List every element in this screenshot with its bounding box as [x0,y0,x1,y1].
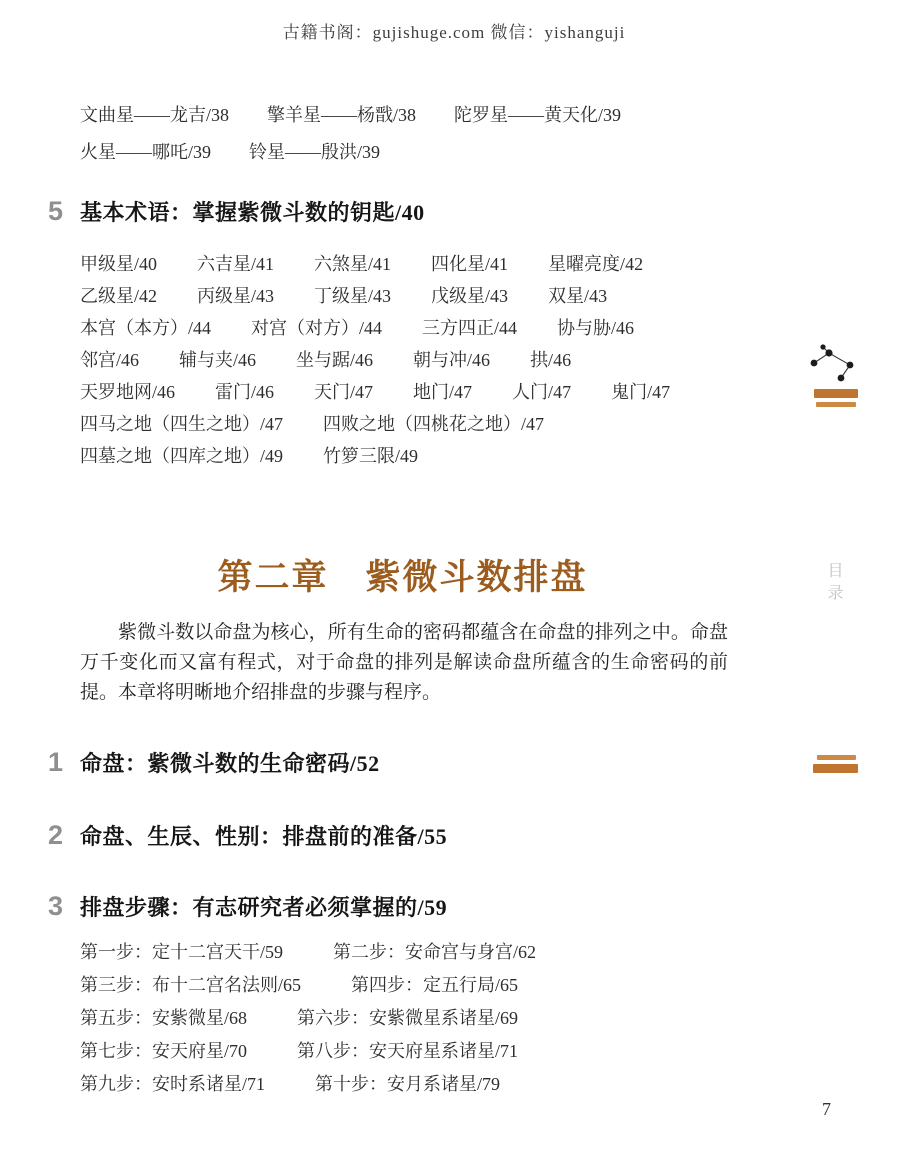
toc-entry: 甲级星/40 [80,250,157,276]
toc-line: 甲级星/40六吉星/41六煞星/41四化星/41星曜亮度/42 [80,250,770,282]
toc-entry: 雷门/46 [215,378,274,404]
toc-entry: 第四步：定五行局/65 [351,971,518,997]
section-title: 排盘步骤：有志研究者必须掌握的/59 [80,891,447,922]
toc-line: 乙级星/42丙级星/43丁级星/43戊级星/43双星/43 [80,282,770,314]
section-number: 5 [48,196,80,227]
toc-entry: 双星/43 [548,282,607,308]
bar-thin [817,755,856,760]
toc-entry: 丙级星/43 [197,282,274,308]
toc-line: 第五步：安紫微星/68第六步：安紫微星系诸星/69 [80,1004,740,1037]
star-alias-list: 文曲星——龙吉/38擎羊星——杨戬/38陀罗星——黄天化/39火星——哪吒/39… [80,101,760,175]
toc-line: 第一步：定十二宫天干/59第二步：安命宫与身宫/62 [80,938,740,971]
bar-thin [816,402,856,407]
toc-line: 邻宫/46辅与夹/46坐与踞/46朝与冲/46拱/46 [80,346,770,378]
toc-entry: 第六步：安紫微星系诸星/69 [297,1004,518,1030]
toc-entry: 天罗地网/46 [80,378,175,404]
toc-line: 第三步：布十二宫名法则/65第四步：定五行局/65 [80,971,740,1004]
toc-entry: 第一步：定十二宫天干/59 [80,938,283,964]
toc-entry: 火星——哪吒/39 [80,138,211,164]
toc-line: 第九步：安时系诸星/71第十步：安月系诸星/79 [80,1070,740,1103]
margin-bars-top [814,389,858,407]
toc-line: 火星——哪吒/39铃星——殷洪/39 [80,138,760,175]
section-heading-3: 3 排盘步骤：有志研究者必须掌握的/59 [48,891,447,922]
toc-entry: 四墓之地（四库之地）/49 [80,442,283,468]
section-heading-5: 5 基本术语：掌握紫微斗数的钥匙/40 [48,196,425,227]
toc-entry: 第七步：安天府星/70 [80,1037,247,1063]
toc-entry: 辅与夹/46 [179,346,256,372]
toc-entry: 邻宫/46 [80,346,139,372]
toc-entry: 六吉星/41 [197,250,274,276]
toc-entry: 陀罗星——黄天化/39 [454,101,621,127]
toc-entry: 朝与冲/46 [413,346,490,372]
toc-line: 第七步：安天府星/70第八步：安天府星系诸星/71 [80,1037,740,1070]
toc-entry: 乙级星/42 [80,282,157,308]
page-number: 7 [822,1099,831,1120]
toc-line: 天罗地网/46雷门/46天门/47地门/47人门/47鬼门/47 [80,378,770,410]
toc-line: 四马之地（四生之地）/47四败之地（四桃花之地）/47 [80,410,770,442]
toc-entry: 第三步：布十二宫名法则/65 [80,971,301,997]
section-heading-2: 2 命盘、生辰、性别：排盘前的准备/55 [48,820,447,851]
section-title: 命盘、生辰、性别：排盘前的准备/55 [80,820,447,851]
terms-list: 甲级星/40六吉星/41六煞星/41四化星/41星曜亮度/42乙级星/42丙级星… [80,250,770,474]
toc-entry: 对宫（对方）/44 [251,314,382,340]
chapter-title: 第二章 紫微斗数排盘 [80,550,725,600]
margin-tab-label: 目录 [822,562,845,606]
toc-entry: 星曜亮度/42 [548,250,643,276]
chapter-intro-paragraph: 紫微斗数以命盘为核心，所有生命的密码都蕴含在命盘的排列之中。命盘万千变化而又富有… [80,618,728,708]
margin-bars-mid [813,755,858,773]
toc-entry: 铃星——殷洪/39 [249,138,380,164]
section-title: 命盘：紫微斗数的生命密码/52 [80,747,380,778]
toc-entry: 第九步：安时系诸星/71 [80,1070,265,1096]
toc-entry: 四化星/41 [431,250,508,276]
bar-thick [813,764,858,773]
toc-entry: 戊级星/43 [431,282,508,308]
toc-entry: 坐与踞/46 [296,346,373,372]
section-number: 2 [48,820,80,851]
toc-line: 四墓之地（四库之地）/49竹箩三限/49 [80,442,770,474]
toc-entry: 丁级星/43 [314,282,391,308]
steps-list: 第一步：定十二宫天干/59第二步：安命宫与身宫/62第三步：布十二宫名法则/65… [80,938,740,1103]
toc-entry: 竹箩三限/49 [323,442,418,468]
toc-entry: 第五步：安紫微星/68 [80,1004,247,1030]
toc-entry: 本宫（本方）/44 [80,314,211,340]
toc-entry: 拱/46 [530,346,571,372]
toc-entry: 鬼门/47 [611,378,670,404]
toc-entry: 地门/47 [413,378,472,404]
toc-entry: 四马之地（四生之地）/47 [80,410,283,436]
header-watermark: 古籍书阁：gujishuge.com 微信：yishanguji [0,18,908,43]
section-number: 1 [48,747,80,778]
toc-entry: 擎羊星——杨戬/38 [267,101,416,127]
bar-thick [814,389,858,398]
toc-entry: 天门/47 [314,378,373,404]
toc-entry: 四败之地（四桃花之地）/47 [323,410,544,436]
section-number: 3 [48,891,80,922]
section-title: 基本术语：掌握紫微斗数的钥匙/40 [80,196,425,227]
toc-entry: 六煞星/41 [314,250,391,276]
constellation-icon [803,342,865,393]
toc-line: 本宫（本方）/44对宫（对方）/44三方四正/44协与胁/46 [80,314,770,346]
toc-entry: 第八步：安天府星系诸星/71 [297,1037,518,1063]
toc-line: 文曲星——龙吉/38擎羊星——杨戬/38陀罗星——黄天化/39 [80,101,760,138]
toc-entry: 第十步：安月系诸星/79 [315,1070,500,1096]
toc-entry: 人门/47 [512,378,571,404]
toc-entry: 三方四正/44 [422,314,517,340]
toc-entry: 第二步：安命宫与身宫/62 [333,938,536,964]
section-heading-1: 1 命盘：紫微斗数的生命密码/52 [48,747,380,778]
toc-entry: 文曲星——龙吉/38 [80,101,229,127]
toc-entry: 协与胁/46 [557,314,634,340]
